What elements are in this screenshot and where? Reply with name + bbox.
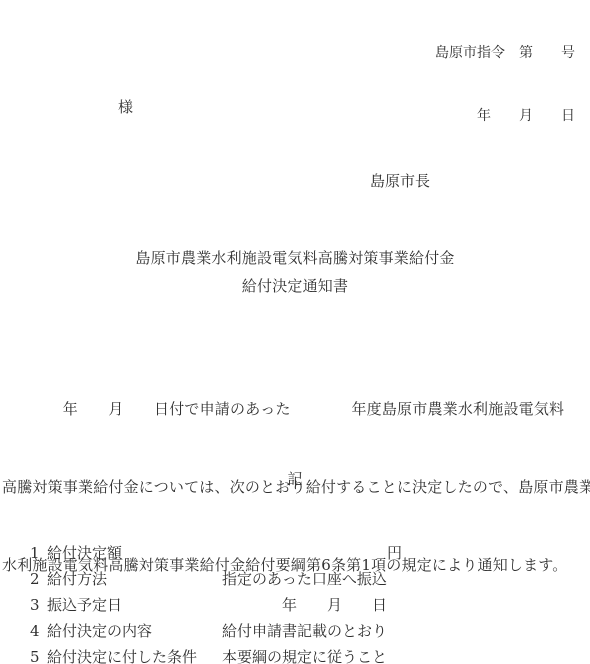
item-number: 4 — [30, 618, 47, 644]
list-item: 3 振込予定日 年 月 日 — [30, 592, 590, 618]
item-label: 振込予定日 — [47, 592, 222, 618]
item-value: 年 月 日 — [222, 592, 387, 618]
item-label: 給付決定額 — [47, 540, 222, 566]
item-label: 給付決定の内容 — [47, 618, 222, 644]
list-item: 4 給付決定の内容 給付申請書記載のとおり — [30, 618, 590, 644]
document-page: 島原市指令 第 号 年 月 日 様 島原市長 島原市農業水利施設電気料高騰対策事… — [0, 0, 590, 664]
document-title-line-1: 島原市農業水利施設電気料高騰対策事業給付金 — [0, 244, 590, 272]
items-list: 1 給付決定額 円 2 給付方法 指定のあった口座へ振込 3 振込予定日 年 月… — [30, 540, 590, 664]
list-item: 5 給付決定に付した条件 本要綱の規定に従うこと — [30, 644, 590, 664]
item-value: 給付申請書記載のとおり — [222, 618, 387, 644]
document-number-block: 島原市指令 第 号 年 月 日 — [435, 1, 575, 169]
item-number: 2 — [30, 566, 47, 592]
document-title-line-2: 給付決定通知書 — [0, 272, 590, 300]
item-number: 5 — [30, 644, 47, 664]
record-marker: 記 — [0, 468, 590, 489]
item-value: 円 — [222, 540, 402, 566]
item-number: 1 — [30, 540, 47, 566]
item-value: 本要綱の規定に従うこと — [222, 644, 387, 664]
addressee-honorific: 様 — [118, 96, 133, 117]
item-number: 3 — [30, 592, 47, 618]
body-line-1: 年 月 日付で申請のあった 年度島原市農業水利施設電気料 — [2, 396, 590, 422]
document-title: 島原市農業水利施設電気料高騰対策事業給付金 給付決定通知書 — [0, 244, 590, 300]
item-label: 給付決定に付した条件 — [47, 644, 222, 664]
item-label: 給付方法 — [47, 566, 222, 592]
issue-date-line: 年 月 日 — [435, 106, 575, 127]
sender-name: 島原市長 — [370, 170, 430, 191]
item-value: 指定のあった口座へ振込 — [222, 566, 387, 592]
directive-number-line: 島原市指令 第 号 — [435, 43, 575, 64]
list-item: 2 給付方法 指定のあった口座へ振込 — [30, 566, 590, 592]
list-item: 1 給付決定額 円 — [30, 540, 590, 566]
